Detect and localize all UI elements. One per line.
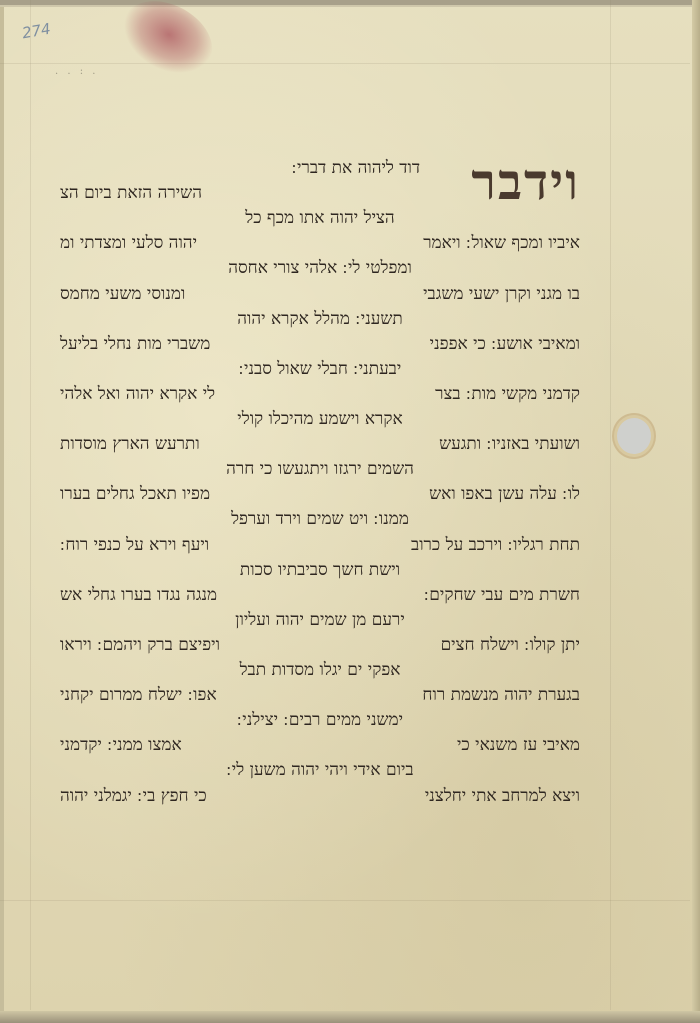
line-segment-center: השמים ירגזו ויתגעשו כי חרה (60, 457, 580, 481)
text-line: יבעתני ׃ חבלי שאול סבני ׃ (60, 357, 580, 381)
text-line: וישת חשך סביבתיו סכות (60, 558, 580, 582)
line-segment-left: ויפיצם ברק ויהמם ׃ ויראו (60, 633, 220, 657)
text-line: אפקי ים יגלו מסדות תבל (60, 658, 580, 682)
pencil-marks: . . : . (55, 66, 98, 77)
line-segment-left: ויעף וירא על כנפי רוח ׃ (60, 533, 209, 557)
text-line: הציל יהוה אתו מכף כל (60, 206, 580, 230)
text-line: בו מגני וקרן ישעי משגביומנוסי משעי מחמס (60, 282, 580, 306)
line-segment-center: אקרא וישמע מהיכלו קולי (60, 407, 580, 431)
manuscript-page: 274 . . : . וידבר דוד ליהוה את דברי ׃השי… (0, 0, 700, 1023)
page-bottom-edge (0, 1011, 700, 1023)
page-left-edge (0, 0, 4, 1023)
text-line: ירעם מן שמים יהוה ועליון (60, 608, 580, 632)
margin-ruling-right (610, 0, 611, 1010)
line-segment-left: כי חפץ בי ׃ יגמלני יהוה (60, 784, 207, 808)
text-line: בגערת יהוה מנשמת רוחאפו ׃ ישלח ממרום יקח… (60, 683, 580, 707)
line-segment-left: מנגה נגדו בערו גחלי אש (60, 583, 217, 607)
line-segment-right: מאיבי עז משנאי כי (457, 733, 580, 757)
line-segment-left: משברי מות נחלי בליעל (60, 332, 210, 356)
line-segment-left: לי אקרא יהוה ואל אלהי (60, 382, 215, 406)
red-wax-stain (110, 0, 224, 88)
line-segment-left: ותרעש הארץ מוסדות (60, 432, 200, 456)
folio-number-pencil: 274 (21, 20, 52, 43)
margin-ruling-bottom (0, 900, 690, 901)
text-line: יתן קולו ׃ וישלח חציםויפיצם ברק ויהמם ׃ … (60, 633, 580, 657)
line-segment-center: ומפלטי לי ׃ אלהי צורי אחסה (60, 256, 580, 280)
line-segment-center: ירעם מן שמים יהוה ועליון (60, 608, 580, 632)
text-line: ויצא למרחב אתי יחלצניכי חפץ בי ׃ יגמלני … (60, 784, 580, 808)
text-line: ימשני ממים רבים ׃ יצילני ׃ (60, 708, 580, 732)
line-segment-center: דוד ליהוה את דברי ׃ (60, 156, 420, 180)
line-segment-right: תחת רגליו ׃ וירכב על כרוב (411, 533, 580, 557)
line-segment-center: ממנו ׃ ויט שמים וירד וערפל (60, 507, 580, 531)
line-segment-right: קדמני מקשי מות ׃ בצר (435, 382, 580, 406)
text-line: ביום אידי ויהי יהוה משען לי ׃ (60, 758, 580, 782)
line-segment-center: וישת חשך סביבתיו סכות (60, 558, 580, 582)
line-segment-right: איביו ומכף שאול ׃ ויאמר (423, 231, 580, 255)
text-line: השירה הזאת ביום הצ (60, 181, 580, 205)
text-line: תחת רגליו ׃ וירכב על כרובויעף וירא על כנ… (60, 533, 580, 557)
line-segment-right: לו ׃ עלה עשן באפו ואש (429, 482, 580, 506)
text-line: חשרת מים עבי שחקים ׃מנגה נגדו בערו גחלי … (60, 583, 580, 607)
line-segment-right: ומאיבי אושע ׃ כי אפפני (430, 332, 580, 356)
page-top-edge-inner (0, 5, 700, 7)
line-segment-right: יתן קולו ׃ וישלח חצים (441, 633, 580, 657)
line-segment-left: מפיו תאכל גחלים בערו (60, 482, 210, 506)
line-segment-center: אפקי ים יגלו מסדות תבל (60, 658, 580, 682)
line-segment-left: אמצו ממני ׃ יקדמני (60, 733, 182, 757)
text-line: איביו ומכף שאול ׃ ויאמריהוה סלעי ומצדתי … (60, 231, 580, 255)
parchment-hole (617, 418, 651, 454)
page-right-edge (692, 0, 700, 1023)
margin-ruling-top (0, 63, 690, 64)
text-line: תשעני ׃ מהלל אקרא יהוה (60, 307, 580, 331)
text-line: השמים ירגזו ויתגעשו כי חרה (60, 457, 580, 481)
line-segment-right: בגערת יהוה מנשמת רוח (422, 683, 580, 707)
margin-ruling-left (30, 0, 31, 1010)
line-segment-right: חשרת מים עבי שחקים ׃ (424, 583, 580, 607)
line-segment-left: אפו ׃ ישלח ממרום יקחני (60, 683, 217, 707)
text-line: דוד ליהוה את דברי ׃ (60, 156, 420, 180)
text-line: קדמני מקשי מות ׃ בצרלי אקרא יהוה ואל אלה… (60, 382, 580, 406)
line-segment-right: בו מגני וקרן ישעי משגבי (423, 282, 580, 306)
line-segment-left: השירה הזאת ביום הצ (60, 181, 202, 205)
line-segment-center: יבעתני ׃ חבלי שאול סבני ׃ (60, 357, 580, 381)
line-segment-right: ויצא למרחב אתי יחלצני (425, 784, 580, 808)
line-segment-left: יהוה סלעי ומצדתי ומ (60, 231, 197, 255)
line-segment-right: ושועתי באזניו ׃ ותגעש (439, 432, 580, 456)
text-line: ומאיבי אושע ׃ כי אפפנימשברי מות נחלי בלי… (60, 332, 580, 356)
line-segment-left: ומנוסי משעי מחמס (60, 282, 185, 306)
text-line: מאיבי עז משנאי כיאמצו ממני ׃ יקדמני (60, 733, 580, 757)
line-segment-center: ביום אידי ויהי יהוה משען לי ׃ (60, 758, 580, 782)
text-line: ומפלטי לי ׃ אלהי צורי אחסה (60, 256, 580, 280)
text-line: אקרא וישמע מהיכלו קולי (60, 407, 580, 431)
text-line: ושועתי באזניו ׃ ותגעשותרעש הארץ מוסדות (60, 432, 580, 456)
text-line: לו ׃ עלה עשן באפו ואשמפיו תאכל גחלים בער… (60, 482, 580, 506)
line-segment-center: תשעני ׃ מהלל אקרא יהוה (60, 307, 580, 331)
line-segment-center: הציל יהוה אתו מכף כל (60, 206, 580, 230)
line-segment-center: ימשני ממים רבים ׃ יצילני ׃ (60, 708, 580, 732)
text-line: ממנו ׃ ויט שמים וירד וערפל (60, 507, 580, 531)
